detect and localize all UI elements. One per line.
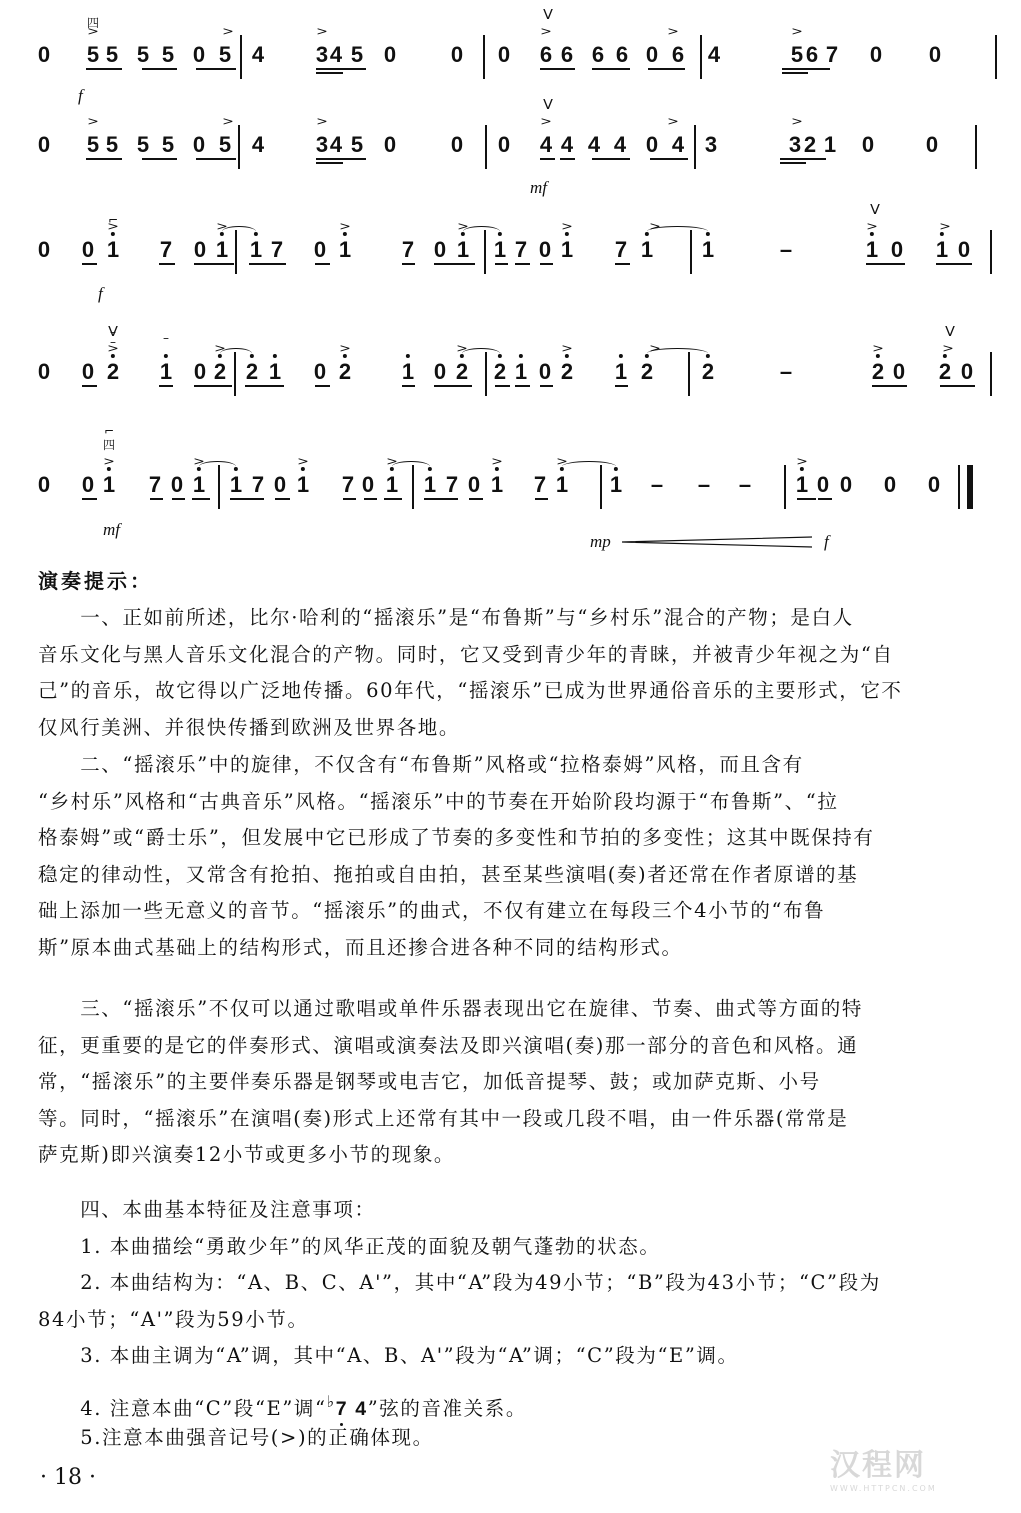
beam-underline <box>560 158 575 160</box>
text-line: 二、“摇滚乐”中的旋律，不仅含有“布鲁斯”风格或“拉格泰姆”风格，而且含有 <box>38 747 988 784</box>
dash-note: – <box>780 361 792 383</box>
score-row: 00170117017011701711–––10000>>>>>>>四⌐mfm… <box>0 455 1021 515</box>
note: 1 <box>561 239 573 261</box>
note: 5 <box>106 134 118 156</box>
note: 0 <box>451 134 463 156</box>
note: 6 <box>806 44 818 66</box>
note: 0 <box>929 44 941 66</box>
note: 1 <box>386 474 398 496</box>
breath-mark-icon: V <box>543 99 553 112</box>
note: 1 <box>615 361 627 383</box>
text-line: 84小节；“A'”段为59小节。 <box>38 1302 988 1339</box>
accent-mark-icon: > <box>540 26 552 37</box>
note: 1 <box>491 474 503 496</box>
beam-underline <box>315 385 330 387</box>
note: 1 <box>824 134 836 156</box>
watermark: 汉程网 WWW.HTTPCN.COM <box>830 1440 937 1493</box>
note: 0 <box>82 239 94 261</box>
note: 0 <box>193 134 205 156</box>
accent-mark-icon: > <box>791 26 803 37</box>
dynamic-mp: mp <box>590 533 611 550</box>
note: 1 <box>641 239 653 261</box>
note: 0 <box>194 239 206 261</box>
accent-mark-icon: > <box>316 26 328 37</box>
note: 2 <box>702 361 714 383</box>
accent-mark-icon: > <box>339 221 351 232</box>
beam-underline <box>540 68 575 70</box>
note: 2 <box>494 361 506 383</box>
note: 0 <box>870 44 882 66</box>
string-notes: 7 4 <box>336 1398 368 1420</box>
note: 1 <box>424 474 436 496</box>
beam-underline <box>615 263 630 265</box>
score-row: 00210221021022102122–2020>>>>>>>>VV––– <box>0 342 1021 402</box>
note: 5 <box>137 134 149 156</box>
beam-underline <box>192 498 210 500</box>
accent-mark-icon: > <box>222 26 234 37</box>
score-row: 05555054345000666606456700>>>>>>V四f <box>0 25 1021 85</box>
beam-underline <box>540 385 553 387</box>
fingering-mark: 四 <box>87 17 99 29</box>
breath-mark-icon: V <box>543 9 553 22</box>
note: 1 <box>515 361 527 383</box>
beam-underline <box>515 385 530 387</box>
note: 2 <box>872 361 884 383</box>
crescendo-hairpin-icon <box>622 536 812 548</box>
beam-underline <box>797 498 816 500</box>
accent-mark-icon: > <box>491 456 503 467</box>
note: 0 <box>891 239 903 261</box>
accent-mark-icon: > <box>540 116 552 127</box>
note: 1 <box>216 239 228 261</box>
note: 1 <box>457 239 469 261</box>
note: 1 <box>936 239 948 261</box>
text-line: 3. 本曲主调为“A”调，其中“A、B、A'”段为“A”调；“C”段为“E”调。 <box>38 1338 988 1375</box>
barline <box>700 35 702 79</box>
note: 2 <box>107 361 119 383</box>
note: 2 <box>456 361 468 383</box>
accent-mark-icon: > <box>866 221 878 232</box>
note: 5 <box>219 134 231 156</box>
note: 6 <box>540 44 552 66</box>
beam-underline <box>196 158 236 160</box>
numbered-music-score: 05555054345000666606456700>>>>>>V四f05555… <box>0 0 1021 560</box>
note: 4 <box>330 134 342 156</box>
dynamic-f: f <box>78 87 83 104</box>
final-barline <box>958 465 960 509</box>
watermark-title: 汉程网 <box>830 1440 937 1484</box>
beam-underline <box>86 68 122 70</box>
note: 7 <box>446 474 458 496</box>
accent-mark-icon: > <box>87 116 99 127</box>
note: 1 <box>250 239 262 261</box>
note: 7 <box>402 239 414 261</box>
note: 0 <box>38 361 50 383</box>
beam-underline <box>592 68 630 70</box>
accent-mark-icon: > <box>667 26 679 37</box>
note: 3 <box>316 134 328 156</box>
note: 2 <box>214 361 226 383</box>
text-line: 1. 本曲描绘“勇敢少年”的风华正茂的面貌及朝气蓬勃的状态。 <box>38 1229 988 1266</box>
text-line: 征，更重要的是它的伴奏形式、演唱或演奏法及即兴演唱(奏)那一部分的音色和风格。通 <box>38 1028 988 1065</box>
beam-underline <box>540 263 553 265</box>
note: 2 <box>561 361 573 383</box>
note: 4 <box>708 44 720 66</box>
note: 0 <box>646 44 658 66</box>
beam-underline <box>82 263 97 265</box>
text-line: 三、“摇滚乐”不仅可以通过歌唱或单件乐器表现出它在旋律、节奏、曲式等方面的特 <box>38 991 988 1028</box>
note: 0 <box>314 361 326 383</box>
high-octave-dot-icon <box>406 354 410 358</box>
beam-underline <box>343 498 356 500</box>
note: 0 <box>362 474 374 496</box>
beam-underline <box>780 158 826 160</box>
note: 1 <box>339 239 351 261</box>
beam-underline <box>424 498 458 500</box>
tie-arc <box>647 348 708 359</box>
note: 0 <box>434 361 446 383</box>
beam-underline <box>194 385 232 387</box>
note: 5 <box>791 44 803 66</box>
note: 0 <box>38 134 50 156</box>
beam-underline <box>782 72 808 74</box>
barline <box>990 352 992 396</box>
accent-mark-icon: > <box>561 343 573 354</box>
note: 1 <box>702 239 714 261</box>
accent-mark-icon: > <box>222 116 234 127</box>
accent-mark-icon: > <box>561 221 573 232</box>
dash-note: – <box>780 239 792 261</box>
note: 4 <box>540 134 552 156</box>
note: 1 <box>230 474 242 496</box>
beam-underline <box>316 162 343 164</box>
note: 0 <box>840 474 852 496</box>
note: 0 <box>539 239 551 261</box>
note: 3 <box>705 134 717 156</box>
beam-underline <box>535 498 548 500</box>
beam-underline <box>159 263 175 265</box>
tie-arc <box>647 226 708 237</box>
beam-underline <box>172 498 185 500</box>
note: 6 <box>592 44 604 66</box>
text-line: 等。同时，“摇滚乐”在演唱(奏)形式上还常有其中一段或几段不唱，由一件乐器(常常… <box>38 1101 988 1138</box>
note: 1 <box>193 474 205 496</box>
note: 0 <box>82 474 94 496</box>
note: 7 <box>534 474 546 496</box>
high-octave-dot-icon <box>519 354 523 358</box>
beam-underline <box>650 158 688 160</box>
accent-mark-icon: > <box>939 221 951 232</box>
accent-mark-icon: > <box>872 343 884 354</box>
note: 0 <box>193 44 205 66</box>
note: 1 <box>494 239 506 261</box>
note: 7 <box>271 239 283 261</box>
note: 1 <box>103 474 115 496</box>
beam-underline <box>402 385 415 387</box>
paragraph: 二、“摇滚乐”中的旋律，不仅含有“布鲁斯”风格或“拉格泰姆”风格，而且含有“乡村… <box>38 747 988 966</box>
note: 0 <box>274 474 286 496</box>
beam-underline <box>818 498 832 500</box>
note: 0 <box>884 474 896 496</box>
beam-underline <box>196 68 236 70</box>
note: 1 <box>866 239 878 261</box>
note: 5 <box>106 44 118 66</box>
fingering-mark: 四 <box>103 439 115 451</box>
paragraph: 一、正如前所述，比尔·哈利的“摇滚乐”是“布鲁斯”与“乡村乐”混合的产物；是白人… <box>38 600 988 746</box>
accent-mark-icon: > <box>796 456 808 467</box>
note: 7 <box>252 474 264 496</box>
dash-note: – <box>739 474 751 496</box>
tie-arc <box>220 348 252 359</box>
note: 0 <box>171 474 183 496</box>
accent-mark-icon: > <box>339 343 351 354</box>
note: 7 <box>515 239 527 261</box>
note: 0 <box>82 361 94 383</box>
beam-underline <box>615 385 628 387</box>
note: 0 <box>498 134 510 156</box>
beam-underline <box>936 263 972 265</box>
accent-mark-icon: > <box>103 456 115 467</box>
flat-sign-icon: ♭ <box>327 1392 336 1411</box>
note: 5 <box>162 134 174 156</box>
note: 7 <box>149 474 161 496</box>
note: 0 <box>451 44 463 66</box>
accent-mark-icon: > <box>297 456 309 467</box>
accent-mark-icon: > <box>667 116 679 127</box>
beam-underline <box>142 158 177 160</box>
barline <box>694 125 696 169</box>
breath-mark-icon: V <box>945 326 955 339</box>
beam-underline <box>402 263 415 265</box>
note: 4 <box>252 44 264 66</box>
note: 0 <box>817 474 829 496</box>
note: 5 <box>87 134 99 156</box>
text-line: 斯”原本曲式基础上的结构形式，而且还掺合进各种不同的结构形式。 <box>38 930 988 967</box>
score-row: 05555054345000444404332100>>>>>>Vmf <box>0 115 1021 175</box>
note: 0 <box>38 474 50 496</box>
final-barline <box>967 465 973 509</box>
item4-suffix: ”弦的音准关系。 <box>368 1397 527 1420</box>
beam-underline <box>82 385 97 387</box>
beam-underline <box>495 385 510 387</box>
note: 2 <box>939 361 951 383</box>
note: 1 <box>556 474 568 496</box>
text-line: 一、正如前所述，比尔·哈利的“摇滚乐”是“布鲁斯”与“乡村乐”混合的产物；是白人 <box>38 600 988 637</box>
fingering-mark: ⌐ <box>108 214 118 226</box>
note: 0 <box>498 44 510 66</box>
text-line: 2. 本曲结构为：“A、B、C、A'”，其中“A”段为49小节；“B”段为43小… <box>38 1265 988 1302</box>
high-octave-dot-icon <box>273 354 277 358</box>
tie-arc <box>222 226 256 237</box>
note: 4 <box>672 134 684 156</box>
beam-underline <box>275 498 290 500</box>
barline <box>483 35 485 79</box>
text-line: 己”的音乐，故它得以广泛地传播。60年代，“摇滚乐”已成为世界通俗音乐的主要形式… <box>38 673 988 710</box>
beam-underline <box>592 158 630 160</box>
beam-underline <box>940 385 975 387</box>
tie-arc <box>392 461 430 472</box>
note: 4 <box>614 134 626 156</box>
note: 0 <box>862 134 874 156</box>
note: 7 <box>615 239 627 261</box>
text-line: 格泰姆”或“爵士乐”，但发展中它已形成了节奏的多变性和节拍的多变性；这其中既保持… <box>38 820 988 857</box>
accent-mark-icon: > <box>791 116 803 127</box>
text-line: 萨克斯)即兴演奏12小节或更多小节的现象。 <box>38 1137 988 1174</box>
beam-underline <box>540 158 555 160</box>
note: 1 <box>796 474 808 496</box>
text-line: 四、本曲基本特征及注意事项： <box>38 1192 988 1229</box>
note: 3 <box>789 134 801 156</box>
fingering-mark: – <box>163 332 169 344</box>
note: 5 <box>219 44 231 66</box>
note: 5 <box>137 44 149 66</box>
breath-mark-icon: V <box>870 204 880 217</box>
note: 5 <box>87 44 99 66</box>
beam-underline <box>316 158 366 160</box>
note: 0 <box>38 239 50 261</box>
dash-note: – <box>698 474 710 496</box>
note: 0 <box>646 134 658 156</box>
barline <box>990 230 992 274</box>
accent-mark-icon: > <box>316 116 328 127</box>
note: 0 <box>928 474 940 496</box>
beam-underline <box>249 263 286 265</box>
barline <box>485 125 487 169</box>
beam-underline <box>515 263 530 265</box>
note: 0 <box>194 361 206 383</box>
text-line: 常，“摇滚乐”的主要伴奏乐器是钢琴或电吉它，加低音提琴、鼓；或加萨克斯、小号 <box>38 1064 988 1101</box>
beam-underline <box>782 68 830 70</box>
beam-underline <box>780 162 806 164</box>
fingering-mark: ⌐ <box>104 425 114 437</box>
beam-underline <box>82 498 97 500</box>
note: 0 <box>468 474 480 496</box>
tie-arc <box>462 348 500 359</box>
fingering-mark: – <box>110 336 116 348</box>
note: 6 <box>616 44 628 66</box>
beam-underline <box>245 385 284 387</box>
text-line: “乡村乐”风格和“古典音乐”风格。“摇滚乐”中的节奏在开始阶段均源于“布鲁斯”、… <box>38 784 988 821</box>
note: 0 <box>539 361 551 383</box>
note: 7 <box>160 239 172 261</box>
paragraph: 四、本曲基本特征及注意事项： 1. 本曲描绘“勇敢少年”的风华正茂的面貌及朝气蓬… <box>38 1192 988 1375</box>
note: 5 <box>162 44 174 66</box>
text-line: 音乐文化与黑人音乐文化混合的产物。同时，它又受到青少年的青睐，并被青少年视之为“… <box>38 637 988 674</box>
tie-arc <box>199 461 236 472</box>
paragraph: 三、“摇滚乐”不仅可以通过歌唱或单件乐器表现出它在旋律、节奏、曲式等方面的特征，… <box>38 991 988 1174</box>
beam-underline <box>150 498 163 500</box>
page-number: · 18 · <box>40 1465 96 1490</box>
note: 2 <box>339 361 351 383</box>
high-octave-dot-icon <box>164 354 168 358</box>
note: 0 <box>961 361 973 383</box>
beam-underline <box>86 158 122 160</box>
beam-underline <box>872 385 907 387</box>
note: 0 <box>384 134 396 156</box>
note: 1 <box>269 361 281 383</box>
note: 1 <box>402 361 414 383</box>
note: 2 <box>246 361 258 383</box>
note: 2 <box>641 361 653 383</box>
note: 7 <box>826 44 838 66</box>
high-octave-dot-icon <box>619 354 623 358</box>
dash-note: – <box>651 474 663 496</box>
text-line: 稳定的律动性，又常含有抢拍、拖拍或自由拍，甚至某些演唱(奏)者还常在作者原谱的基 <box>38 857 988 894</box>
note: 0 <box>926 134 938 156</box>
note: 4 <box>330 44 342 66</box>
beam-underline <box>648 68 685 70</box>
accent-mark-icon: > <box>942 343 954 354</box>
tie-arc <box>562 461 616 472</box>
note: 1 <box>610 474 622 496</box>
note: 7 <box>342 474 354 496</box>
beam-underline <box>316 68 366 70</box>
beam-underline <box>230 498 264 500</box>
text-line: 础上添加一些无意义的音节。“摇滚乐”的曲式，不仅有建立在每段三个4小节的“布鲁 <box>38 893 988 930</box>
beam-underline <box>194 263 234 265</box>
section-heading: 演奏提示： <box>38 565 153 594</box>
item4-prefix: 4. 注意本曲“C”段“E”调“ <box>38 1397 327 1420</box>
note: 3 <box>316 44 328 66</box>
note: 2 <box>804 134 816 156</box>
note: 0 <box>384 44 396 66</box>
dynamic-f: f <box>824 533 829 550</box>
score-row: 00170117017011701711–1010>>>>>>>>V⌐f <box>0 220 1021 280</box>
beam-underline <box>434 385 472 387</box>
note: 1 <box>160 361 172 383</box>
beam-underline <box>384 498 402 500</box>
barline <box>784 465 786 509</box>
beam-underline <box>434 263 475 265</box>
barline <box>975 125 977 169</box>
barline <box>240 35 242 79</box>
note: 1 <box>297 474 309 496</box>
note: 1 <box>107 239 119 261</box>
beam-underline <box>364 498 377 500</box>
barline <box>995 35 997 79</box>
beam-underline <box>469 498 483 500</box>
note: 4 <box>588 134 600 156</box>
barline <box>238 125 240 169</box>
beam-underline <box>159 385 173 387</box>
note: 0 <box>958 239 970 261</box>
note: 0 <box>434 239 446 261</box>
note: 5 <box>351 44 363 66</box>
dynamic-mf: mf <box>530 179 547 196</box>
watermark-url: WWW.HTTPCN.COM <box>830 1484 937 1493</box>
beam-underline <box>495 263 508 265</box>
beam-underline <box>866 263 905 265</box>
beam-underline <box>315 263 330 265</box>
note: 6 <box>561 44 573 66</box>
note: 4 <box>252 134 264 156</box>
text-line: 仅风行美洲、并很快传播到欧洲及世界各地。 <box>38 710 988 747</box>
note: 4 <box>561 134 573 156</box>
note: 5 <box>351 134 363 156</box>
tie-arc <box>463 226 500 237</box>
note: 6 <box>672 44 684 66</box>
note: 0 <box>893 361 905 383</box>
dynamic-mf: mf <box>103 521 120 538</box>
beam-underline <box>142 68 177 70</box>
note: 0 <box>314 239 326 261</box>
beam-underline <box>316 72 343 74</box>
dynamic-f: f <box>98 285 103 302</box>
note: 0 <box>38 44 50 66</box>
